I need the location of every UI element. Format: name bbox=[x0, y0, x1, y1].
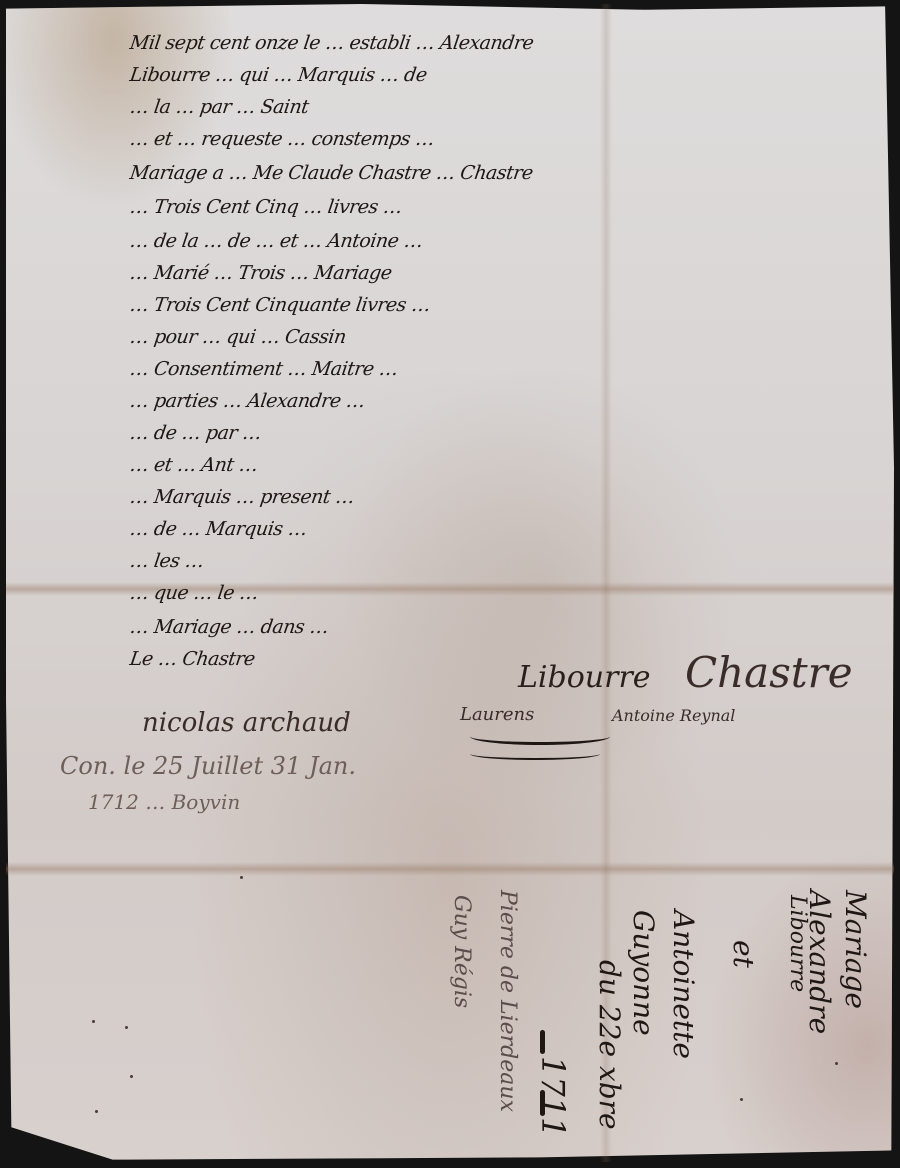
endorsement-line: et bbox=[727, 940, 760, 968]
signature-libourre: Libourre bbox=[518, 660, 651, 695]
signature-antoine-reynal: Antoine Reynal bbox=[612, 706, 735, 725]
endorsement-line: Antoinette bbox=[667, 910, 700, 1059]
body-line: Libourre … qui … Marquis … de bbox=[128, 64, 428, 86]
body-line: … Trois Cent Cinq … livres … bbox=[128, 196, 403, 218]
endorsement-rule bbox=[540, 1030, 545, 1054]
body-line: … de … par … bbox=[128, 422, 262, 444]
endorsement-line: Mariage bbox=[839, 890, 872, 1009]
body-line: … la … par … Saint bbox=[128, 96, 310, 118]
body-line: … de … Marquis … bbox=[128, 518, 308, 540]
endorsement-line: du 22e xbre bbox=[593, 960, 626, 1130]
body-line: … et … Ant … bbox=[128, 454, 259, 476]
signature-nicolas-archaud: nicolas archaud bbox=[142, 708, 351, 738]
body-line: … Consentiment … Maitre … bbox=[128, 358, 399, 380]
body-line: Mariage a … Me Claude Chastre … Chastre bbox=[128, 162, 534, 184]
fold-crease-lower bbox=[6, 862, 894, 876]
body-line: … que … le … bbox=[128, 582, 259, 604]
body-line: Mil sept cent onze le … establi … Alexan… bbox=[128, 32, 534, 54]
body-line: … pour … qui … Cassin bbox=[128, 326, 347, 348]
body-line: Le … Chastre bbox=[128, 648, 256, 670]
endorsement-rule bbox=[540, 1090, 545, 1116]
body-line: … les … bbox=[128, 550, 205, 572]
body-line: … parties … Alexandre … bbox=[128, 390, 366, 412]
body-line: … Mariage … dans … bbox=[128, 616, 329, 638]
signature-flourish bbox=[470, 728, 610, 745]
registration-note-line: Con. le 25 Juillet 31 Jan. bbox=[60, 752, 356, 780]
endorsement-line: Guyonne bbox=[627, 910, 660, 1036]
body-line: … Trois Cent Cinquante livres … bbox=[128, 294, 431, 316]
signature-laurens: Laurens bbox=[460, 704, 534, 725]
endorsement-line: Libourre bbox=[785, 895, 810, 992]
body-line: … Marié … Trois … Mariage bbox=[128, 262, 393, 284]
endorsement-faded-line: Guy Régis bbox=[449, 895, 474, 1008]
registration-note-line: 1712 … Boyvin bbox=[88, 790, 240, 814]
body-line: … de la … de … et … Antoine … bbox=[128, 230, 424, 252]
endorsement-faded-line: Pierre de Lierdeaux bbox=[495, 890, 520, 1112]
body-line: … et … requeste … constemps … bbox=[128, 128, 435, 150]
signature-chastre: Chastre bbox=[685, 648, 853, 697]
signature-flourish bbox=[470, 748, 600, 760]
body-line: … Marquis … present … bbox=[128, 486, 355, 508]
